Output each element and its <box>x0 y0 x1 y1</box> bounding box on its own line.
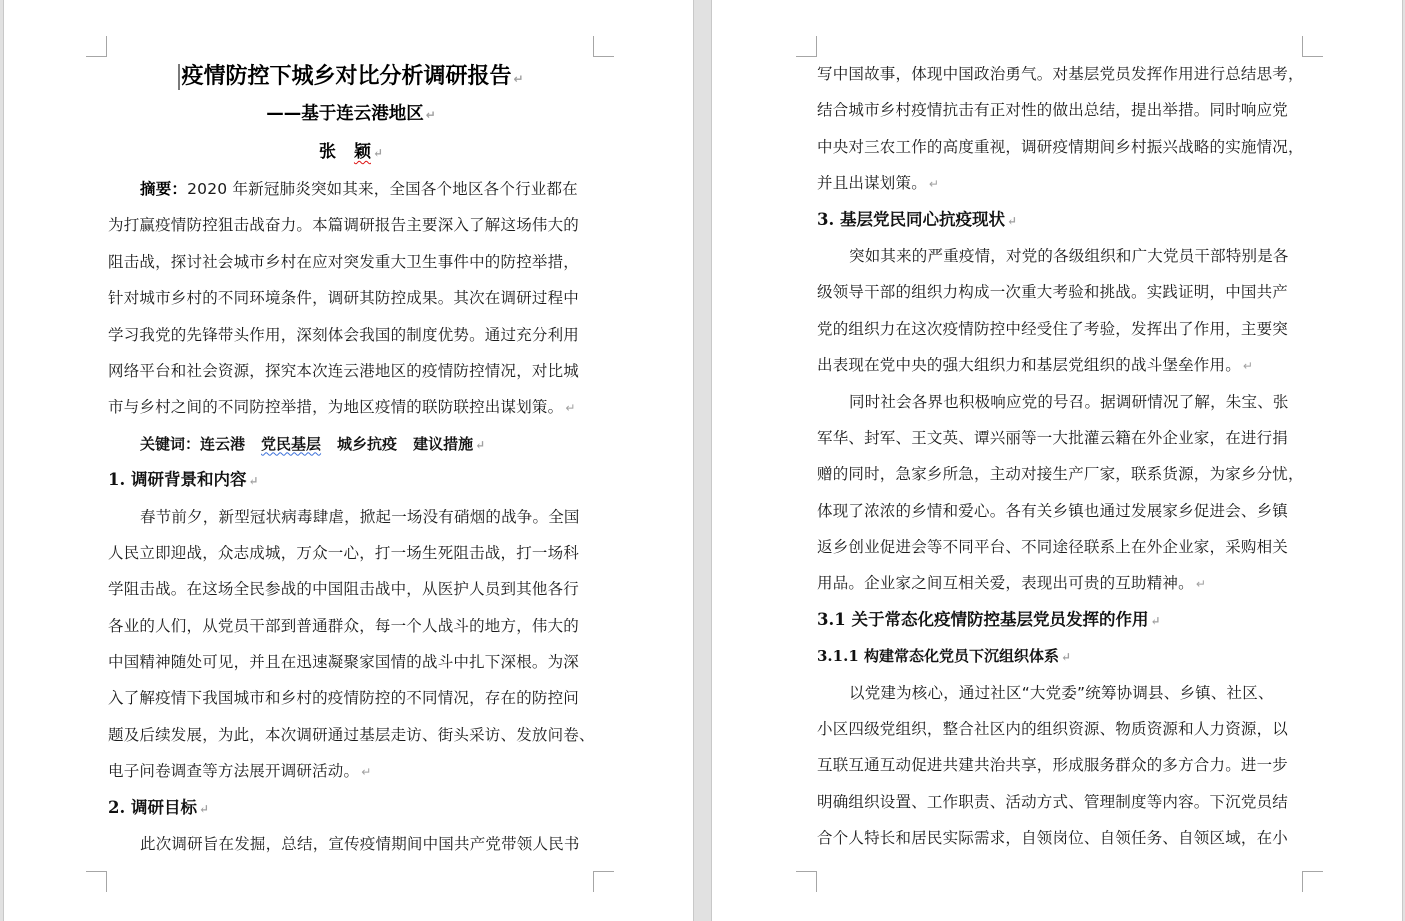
keyword-item: 党民基层 <box>261 435 321 453</box>
keyword-item: 建议措施 <box>413 435 473 453</box>
crop-mark-bottom-right <box>1302 871 1323 892</box>
text-line: 针对城市乡村的不同环境条件，调研其防控成果。其次在调研过程中 <box>108 280 594 316</box>
page-body[interactable]: 写中国故事，体现中国政治勇气。对基层党员发挥作用进行总结思考， 结合城市乡村疫情… <box>817 56 1309 857</box>
abstract-label: 摘要： <box>140 180 187 198</box>
text-line: 合个人特长和居民实际需求，自领岗位、自领任务、自领区域，在小 <box>817 820 1309 856</box>
paragraph-mark-icon: ↵ <box>475 438 485 452</box>
section2-paragraph[interactable]: 此次调研旨在发掘，总结，宣传疫情期间中国共产党带领人民书 <box>108 826 594 862</box>
page-body[interactable]: 疫情防控下城乡对比分析调研报告↵ ——基于连云港地区↵ 张颖↵ 摘要：2020 … <box>108 58 594 862</box>
keywords-line[interactable]: 关键词：连云港党民基层城乡抗疫建议措施↵ <box>108 426 594 462</box>
paragraph-mark-icon: ↵ <box>373 146 383 160</box>
text-line: 用品。企业家之间互相关爱，表现出可贵的互助精神。↵ <box>817 565 1309 601</box>
section-heading-1[interactable]: 1. 调研背景和内容↵ <box>108 462 594 498</box>
paragraph-mark-icon: ↵ <box>929 177 939 191</box>
text-line: 体现了浓浓的乡情和爱心。各有关乡镇也通过发展家乡促进会、乡镇 <box>817 493 1309 529</box>
paragraph-mark-icon: ↵ <box>426 108 436 122</box>
paragraph-mark-icon: ↵ <box>1007 214 1017 228</box>
section-heading-3[interactable]: 3. 基层党民同心抗疫现状↵ <box>817 202 1309 238</box>
text-line: 网络平台和社会资源，探究本次连云港地区的疫情防控情况，对比城 <box>108 353 594 389</box>
section3-1-1-paragraph[interactable]: 以党建为核心，通过社区“大党委”统筹协调县、乡镇、社区、 小区四级党组织，整合社… <box>817 675 1309 857</box>
text-line: 人民立即迎战，众志成城，万众一心，打一场生死阻击战，打一场科 <box>108 535 594 571</box>
text-line: 小区四级党组织，整合社区内的组织资源、物质资源和人力资源，以 <box>817 711 1309 747</box>
text-line: 同时社会各界也积极响应党的号召。据调研情况了解，朱宝、张 <box>817 384 1309 420</box>
keyword-item: 连云港 <box>200 435 245 453</box>
text-line: 出表现在党中央的强大组织力和基层党组织的战斗堡垒作用。↵ <box>817 347 1309 383</box>
section3-paragraph-2[interactable]: 同时社会各界也积极响应党的号召。据调研情况了解，朱宝、张 军华、封军、王文英、谭… <box>817 384 1309 602</box>
text-line: 入了解疫情下我国城市和乡村的疫情防控的不同情况，存在的防控问 <box>108 680 594 716</box>
paragraph-mark-icon: ↵ <box>1196 577 1206 591</box>
crop-mark-top-right <box>1302 36 1323 57</box>
text-line: 春节前夕，新型冠状病毒肆虐，掀起一场没有硝烟的战争。全国 <box>108 499 594 535</box>
abstract-paragraph[interactable]: 摘要：2020 年新冠肺炎突如其来，全国各个地区各个行业都在 为打赢疫情防控狙击… <box>108 171 594 426</box>
document-author[interactable]: 张颖↵ <box>108 133 594 171</box>
text-line: 党的组织力在这次疫情防控中经受住了考验，发挥出了作用，主要突 <box>817 311 1309 347</box>
text-line: 为打赢疫情防控狙击战奋力。本篇调研报告主要深入了解这场伟大的 <box>108 207 594 243</box>
paragraph-mark-icon: ↵ <box>1061 650 1071 664</box>
crop-mark-top-right <box>593 36 614 57</box>
section-heading-3-1-1[interactable]: 3.1.1 构建常态化党员下沉组织体系↵ <box>817 638 1309 674</box>
paragraph-mark-icon: ↵ <box>565 401 575 415</box>
section2-continued-paragraph[interactable]: 写中国故事，体现中国政治勇气。对基层党员发挥作用进行总结思考， 结合城市乡村疫情… <box>817 56 1309 202</box>
paragraph-mark-icon: ↵ <box>248 474 258 488</box>
section3-paragraph-1[interactable]: 突如其来的严重疫情，对党的各级组织和广大党员干部特别是各 级领导干部的组织力构成… <box>817 238 1309 384</box>
text-line: 并且出谋划策。↵ <box>817 165 1309 201</box>
document-page-left[interactable]: 疫情防控下城乡对比分析调研报告↵ ——基于连云港地区↵ 张颖↵ 摘要：2020 … <box>3 0 694 921</box>
section1-paragraph[interactable]: 春节前夕，新型冠状病毒肆虐，掀起一场没有硝烟的战争。全国 人民立即迎战，众志成城… <box>108 499 594 790</box>
text-line: 各业的人们，从党员干部到普通群众，每一个人战斗的地方，伟大的 <box>108 608 594 644</box>
text-line: 返乡创业促进会等不同平台、不同途径联系上在外企业家，采购相关 <box>817 529 1309 565</box>
text-line: 学阻击战。在这场全民参战的中国阻击战中，从医护人员到其他各行 <box>108 571 594 607</box>
text-line: 以党建为核心，通过社区“大党委”统筹协调县、乡镇、社区、 <box>817 675 1309 711</box>
crop-mark-bottom-right <box>593 871 614 892</box>
crop-mark-bottom-left <box>86 871 107 892</box>
paragraph-mark-icon: ↵ <box>1243 359 1253 373</box>
text-line: 此次调研旨在发掘，总结，宣传疫情期间中国共产党带领人民书 <box>108 826 594 862</box>
text-line: 题及后续发展，为此，本次调研通过基层走访、街头采访、发放问卷、 <box>108 717 594 753</box>
text-line: 明确组织设置、工作职责、活动方式、管理制度等内容。下沉党员结 <box>817 784 1309 820</box>
document-title[interactable]: 疫情防控下城乡对比分析调研报告↵ <box>108 58 594 96</box>
keyword-item: 城乡抗疫 <box>337 435 397 453</box>
crop-mark-bottom-left <box>796 871 817 892</box>
text-line: 军华、封军、王文英、谭兴丽等一大批灌云籍在外企业家，在进行捐 <box>817 420 1309 456</box>
text-line: 市与乡村之间的不同防控举措，为地区疫情的联防联控出谋划策。↵ <box>108 389 594 425</box>
text-line: 中央对三农工作的高度重视，调研疫情期间乡村振兴战略的实施情况， <box>817 129 1309 165</box>
section-heading-3-1[interactable]: 3.1 关于常态化疫情防控基层党员发挥的作用↵ <box>817 602 1309 638</box>
text-line: 中国精神随处可见，并且在迅速凝聚家国情的战斗中扎下深根。为深 <box>108 644 594 680</box>
text-line: 突如其来的严重疫情，对党的各级组织和广大党员干部特别是各 <box>817 238 1309 274</box>
spell-error-word[interactable]: 颖 <box>354 142 371 162</box>
crop-mark-top-left <box>796 36 817 57</box>
paragraph-mark-icon: ↵ <box>199 802 209 816</box>
paragraph-mark-icon: ↵ <box>513 72 523 86</box>
keywords-label: 关键词： <box>140 435 200 453</box>
text-line: 级领导干部的组织力构成一次重大考验和挑战。实践证明，中国共产 <box>817 274 1309 310</box>
document-page-right[interactable]: 写中国故事，体现中国政治勇气。对基层党员发挥作用进行总结思考， 结合城市乡村疫情… <box>711 0 1403 921</box>
text-line: 电子问卷调查等方法展开调研活动。↵ <box>108 753 594 789</box>
text-line: 摘要：2020 年新冠肺炎突如其来，全国各个地区各个行业都在 <box>108 171 594 207</box>
paragraph-mark-icon: ↵ <box>361 765 371 779</box>
text-line: 互联互通互动促进共建共治共享，形成服务群众的多方合力。进一步 <box>817 747 1309 783</box>
paragraph-mark-icon: ↵ <box>1150 614 1160 628</box>
crop-mark-top-left <box>86 36 107 57</box>
text-line: 阻击战，探讨社会城市乡村在应对突发重大卫生事件中的防控举措， <box>108 244 594 280</box>
text-line: 结合城市乡村疫情抗击有正对性的做出总结，提出举措。同时响应党 <box>817 92 1309 128</box>
text-line: 写中国故事，体现中国政治勇气。对基层党员发挥作用进行总结思考， <box>817 56 1309 92</box>
document-subtitle[interactable]: ——基于连云港地区↵ <box>108 96 594 133</box>
text-line: 学习我党的先锋带头作用，深刻体会我国的制度优势。通过充分利用 <box>108 317 594 353</box>
section-heading-2[interactable]: 2. 调研目标↵ <box>108 790 594 826</box>
text-line: 赠的同时，急家乡所急，主动对接生产厂家，联系货源，为家乡分忧， <box>817 456 1309 492</box>
